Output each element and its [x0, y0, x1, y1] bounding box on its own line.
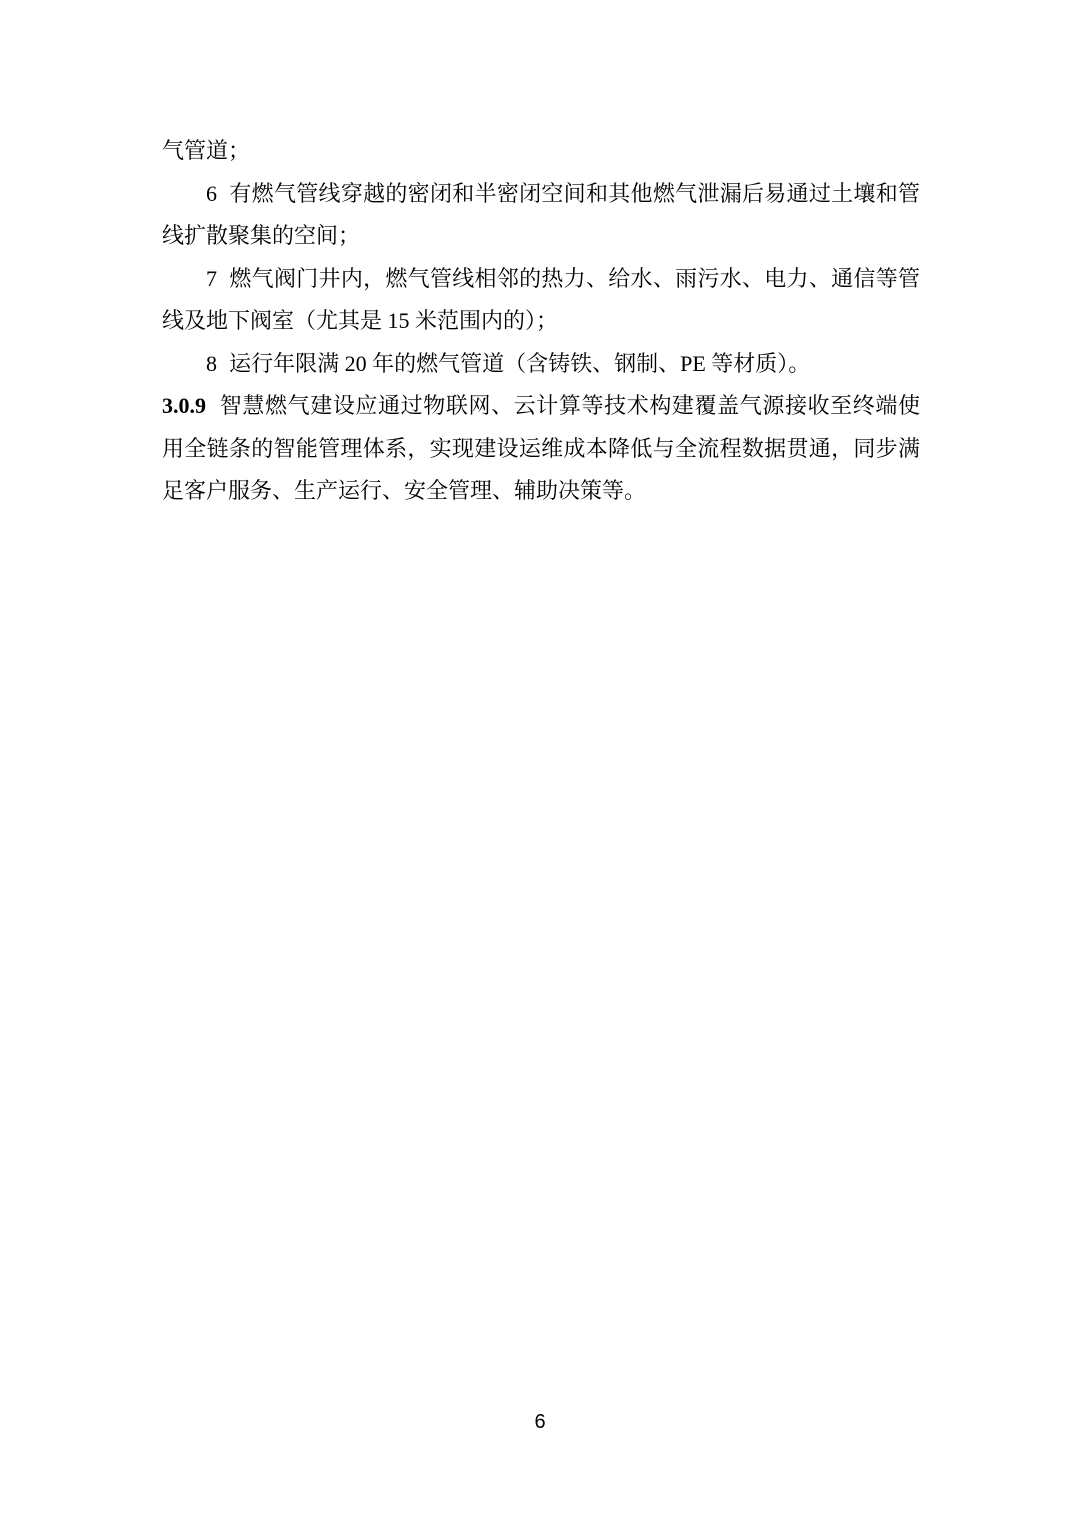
clause-3-0-9: 3.0.9智慧燃气建设应通过物联网、云计算等技术构建覆盖气源接收至终端使用全链条… [162, 385, 920, 513]
clause-text: 智慧燃气建设应通过物联网、云计算等技术构建覆盖气源接收至终端使用全链条的智能管理… [162, 393, 920, 503]
item-text: 燃气阀门井内，燃气管线相邻的热力、给水、雨污水、电力、通信等管线及地下阀室（尤其… [162, 266, 920, 334]
numbered-item-8: 8运行年限满 20 年的燃气管道（含铸铁、钢制、PE 等材质）。 [162, 343, 920, 386]
clause-number: 3.0.9 [162, 393, 219, 418]
item-number: 8 [206, 351, 229, 376]
page-content: 气管道； 6有燃气管线穿越的密闭和半密闭空间和其他燃气泄漏后易通过土壤和管线扩散… [162, 130, 920, 513]
item-number: 7 [206, 266, 229, 291]
numbered-item-6: 6有燃气管线穿越的密闭和半密闭空间和其他燃气泄漏后易通过土壤和管线扩散聚集的空间… [162, 173, 920, 258]
page-number: 6 [0, 1411, 1080, 1434]
document-page: 气管道； 6有燃气管线穿越的密闭和半密闭空间和其他燃气泄漏后易通过土壤和管线扩散… [0, 0, 1080, 1527]
item-number: 6 [206, 181, 229, 206]
item-text: 有燃气管线穿越的密闭和半密闭空间和其他燃气泄漏后易通过土壤和管线扩散聚集的空间； [162, 181, 920, 249]
item-text: 运行年限满 20 年的燃气管道（含铸铁、钢制、PE 等材质）。 [229, 351, 810, 376]
paragraph-continuation: 气管道； [162, 130, 920, 173]
numbered-item-7: 7燃气阀门井内，燃气管线相邻的热力、给水、雨污水、电力、通信等管线及地下阀室（尤… [162, 258, 920, 343]
